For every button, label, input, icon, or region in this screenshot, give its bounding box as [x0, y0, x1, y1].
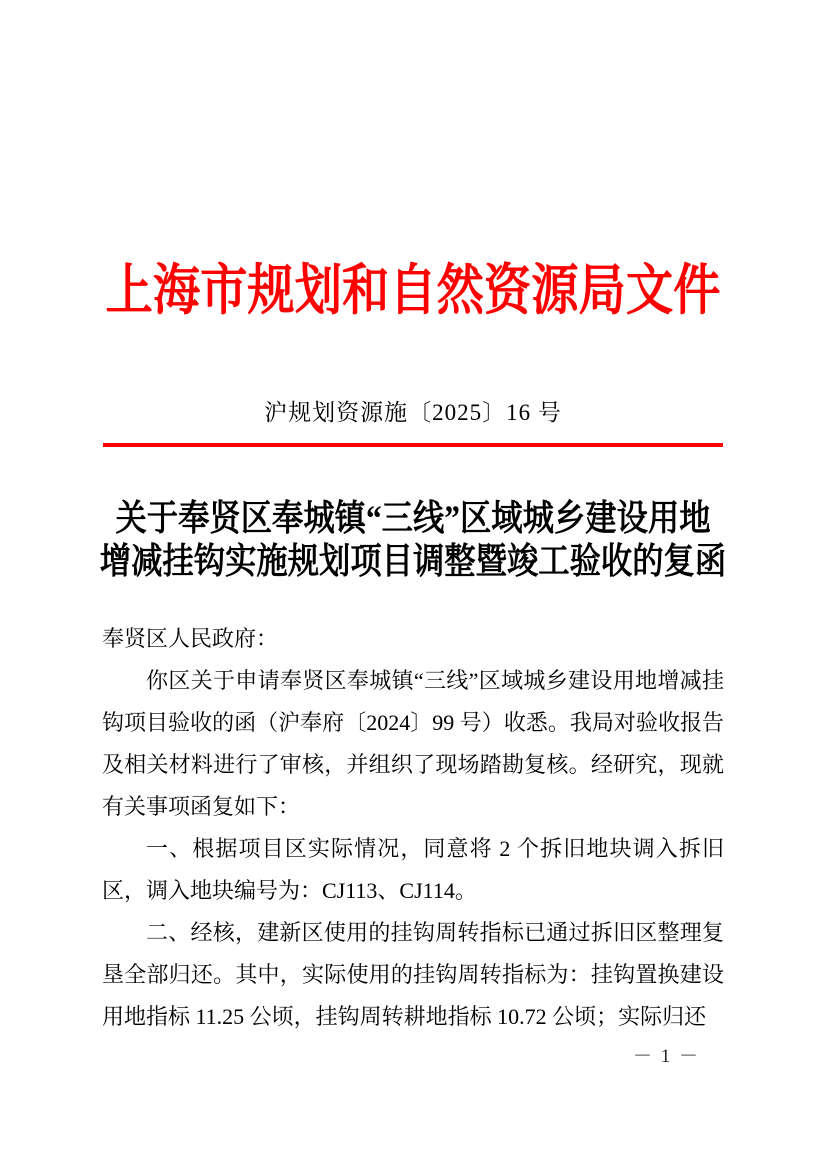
- document-number: 沪规划资源施〔2025〕16 号: [0, 398, 826, 428]
- document-body: 奉贤区人民政府： 你区关于申请奉贤区奉城镇“三线”区域城乡建设用地增减挂钩项目验…: [102, 618, 724, 1038]
- agency-header-title: 上海市规划和自然资源局文件: [58, 256, 768, 326]
- salutation: 奉贤区人民政府：: [102, 618, 724, 660]
- body-paragraph-3: 二、经核，建新区使用的挂钩周转指标已通过拆旧区整理复垦全部归还。其中，实际使用的…: [102, 912, 724, 1038]
- body-paragraph-2: 一、根据项目区实际情况，同意将 2 个拆旧地块调入拆旧区，调入地块编号为：CJ1…: [102, 828, 724, 912]
- body-paragraph-1: 你区关于申请奉贤区奉城镇“三线”区域城乡建设用地增减挂钩项目验收的函（沪奉府〔2…: [102, 660, 724, 828]
- document-page: 上海市规划和自然资源局文件 沪规划资源施〔2025〕16 号 关于奉贤区奉城镇“…: [0, 0, 826, 1169]
- document-title-line1: 关于奉贤区奉城镇“三线”区域城乡建设用地: [54, 497, 773, 540]
- document-title: 关于奉贤区奉城镇“三线”区域城乡建设用地 增减挂钩实施规划项目调整暨竣工验收的复…: [54, 497, 773, 583]
- page-number: － 1 －: [633, 1045, 700, 1069]
- document-title-line2: 增减挂钩实施规划项目调整暨竣工验收的复函: [54, 540, 773, 583]
- red-separator-line: [103, 443, 723, 447]
